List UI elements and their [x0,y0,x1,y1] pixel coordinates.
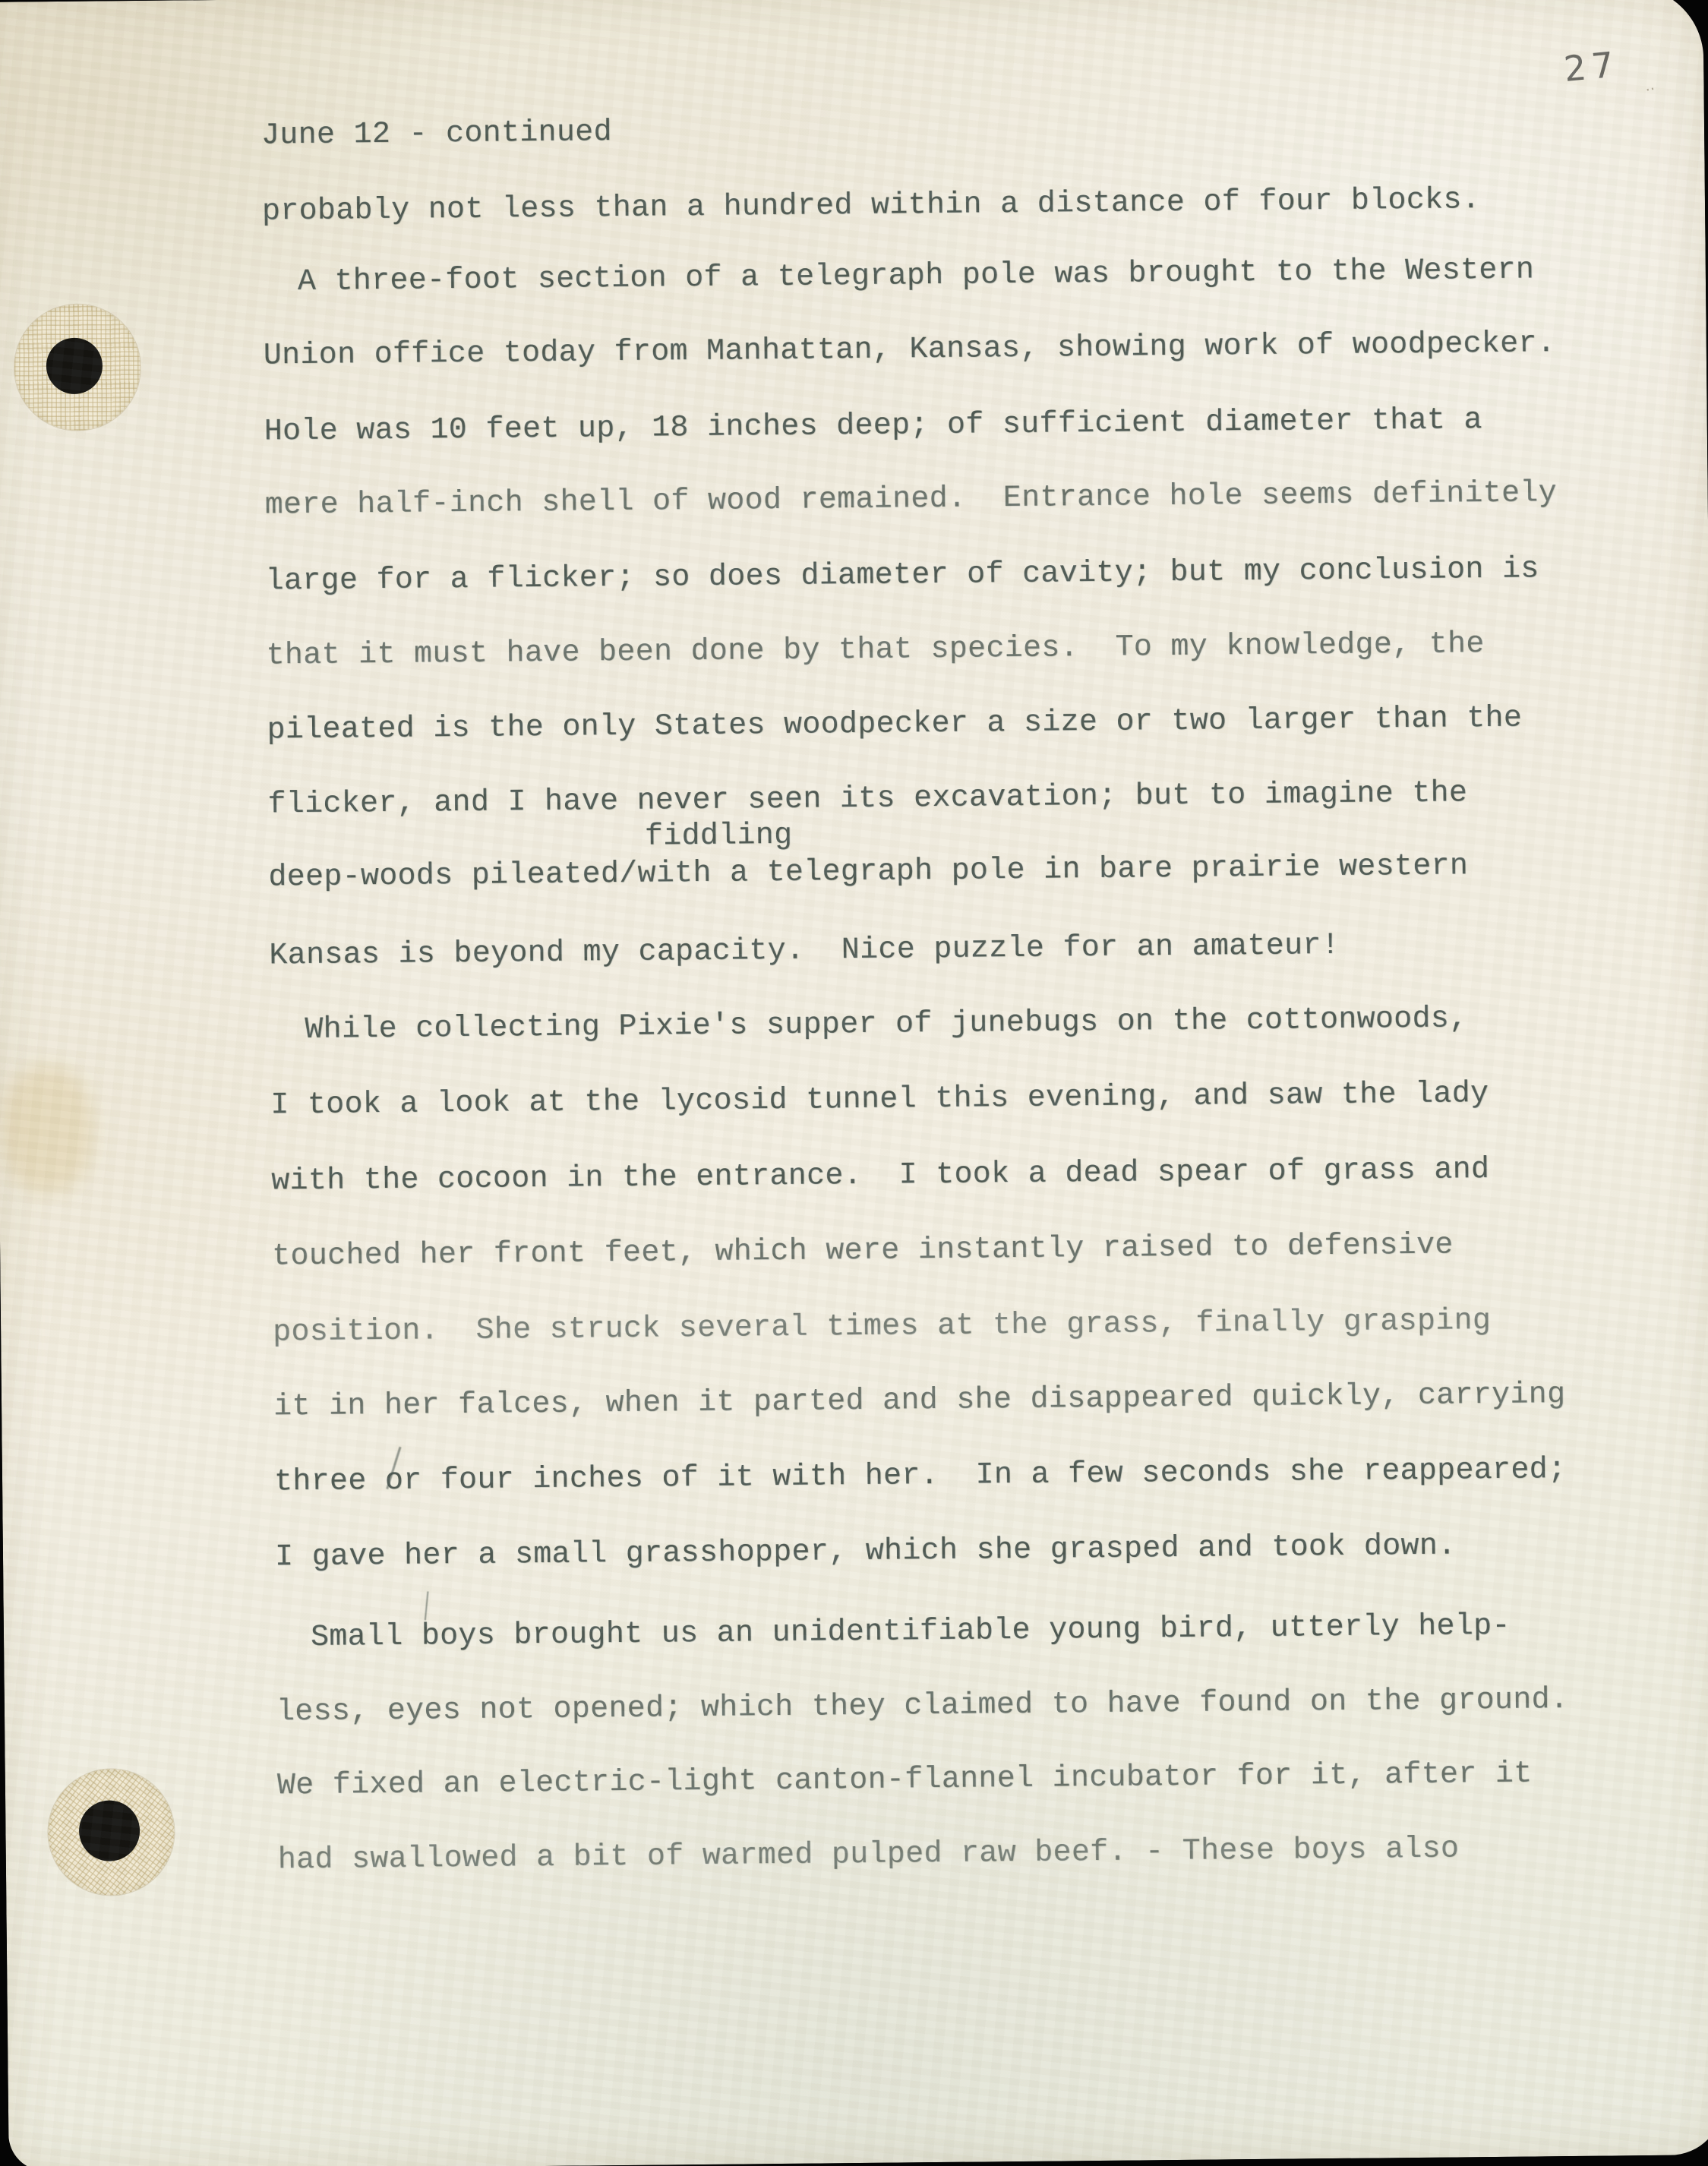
typed-line: Union office today from Manhattan, Kansa… [264,327,1556,373]
typed-line: Kansas is beyond my capacity. Nice puzzl… [269,930,1340,974]
entry-header: June 12 - continued [261,116,612,153]
typed-line: touched her front feet, which were insta… [272,1229,1454,1274]
punched-hole-top [46,337,103,394]
page-number: 27 [1562,43,1621,90]
hole-punch-reinforcement-bottom [23,1744,200,1921]
pencil-smudge: .. [1643,75,1656,95]
typed-line: pileated is the only States woodpecker a… [267,703,1522,748]
typed-line: While collecting Pixie's supper of juneb… [305,1002,1468,1047]
stray-mark [425,1591,429,1620]
typed-line: large for a flicker; so does diameter of… [265,553,1539,598]
typed-line: We fixed an electric-light canton-flanne… [277,1757,1533,1803]
typed-line: Hole was 10 feet up, 18 inches deep; of … [264,404,1482,449]
typed-line: flicker, and I have never seen its excav… [267,777,1467,822]
typed-line: three or four inches of it with her. In … [274,1454,1567,1499]
typed-line: I took a look at the lycosid tunnel this… [270,1078,1489,1122]
scan-background: { "page": { "page_number": "27", "page_n… [0,0,1708,2166]
typed-line: Small boys brought us an unidentifiable … [311,1610,1511,1655]
typed-line: position. She struck several times at th… [273,1305,1491,1350]
typed-line: with the cocoon in the entrance. I took … [271,1154,1489,1198]
typed-line: less, eyes not opened; which they claime… [276,1684,1569,1729]
typed-line: it in her falces, when it parted and she… [273,1378,1566,1424]
typed-line: A three-foot section of a telegraph pole… [298,254,1535,299]
tape-stain [2,1065,94,1195]
typed-line: deep-woods pileated/with a telegraph pol… [268,850,1468,895]
inserted-word: fiddling [645,819,793,854]
typed-line: mere half-inch shell of wood remained. E… [265,477,1558,523]
typed-line: probably not less than a hundred within … [262,184,1480,229]
typed-line: had swallowed a bit of warmed pulped raw… [278,1833,1460,1877]
typed-line: that it must have been done by that spec… [266,628,1484,673]
typed-line: I gave her a small grasshopper, which sh… [275,1530,1457,1574]
hole-punch-reinforcement-top [14,304,141,431]
punched-hole-bottom [67,1789,152,1874]
document-page: 27 .. June 12 - continued probably not l… [0,0,1708,2166]
